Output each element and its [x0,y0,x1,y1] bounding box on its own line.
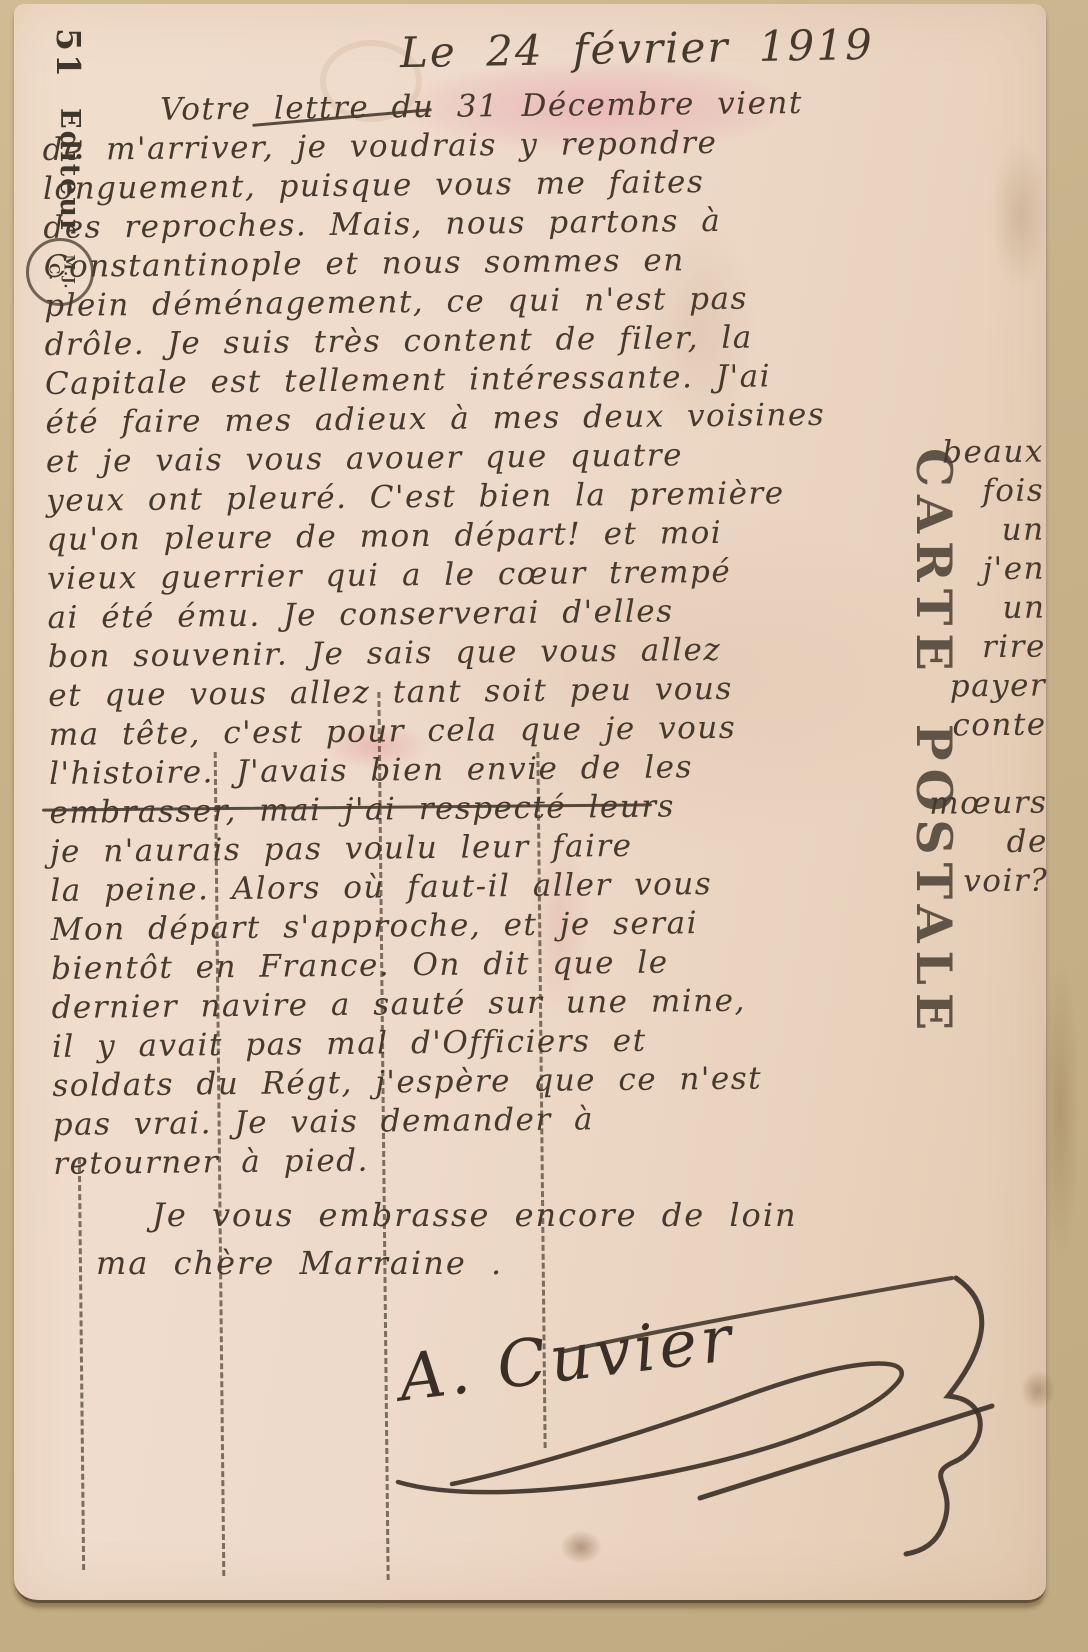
publisher-number: 51 [49,28,88,80]
letter-line-text: été faire mes adieux à mes deux voisines [45,396,825,443]
letter-line-right-fragment: rire [982,627,1050,667]
letter-line-text: l'histoire. J'avais bien envie de les [49,748,693,794]
postcard-back: 51 Editeur M.J. C. CARTE POSTALE Le 24 f… [0,0,1088,1652]
letter-line-right-fragment: beaux [942,432,1048,472]
letter-line-right-fragment: fois [982,471,1048,511]
letter-line-right-fragment: voir? [963,861,1052,901]
letter-line-right-fragment: j'en [982,549,1049,589]
letter-line-text: Constantinople et nous sommes en [44,241,685,287]
letter-line-text: embrasser, mai j'ai respecté leurs [49,787,675,833]
letter-line-text: retourner à pied. [53,1142,369,1184]
letter-line-text: pas vrai. Je vais demander à [53,1100,595,1145]
letter-line-right-fragment: conte [952,705,1051,745]
letter-line-text: je n'aurais pas voulu leur faire [50,827,633,872]
letter-line-right-fragment: un [1002,588,1049,627]
date-line: Le 24 février 1919 [400,20,874,77]
letter-line-right-fragment: de [1007,822,1053,861]
letter-line-right-fragment: un [1002,510,1049,549]
letter-line-text: Mon départ s'approche, et je serai [51,904,699,950]
letter-line-text: bientôt en France. On dit que le [51,943,669,988]
letter-line-text: soldats du Régt, j'espère que ce n'est [52,1060,762,1106]
letter-line-right-fragment: mœurs [929,783,1052,823]
letter-line-right-fragment: payer [950,666,1051,706]
letter-line-text: il y avait pas mal d'Officiers et [52,1022,647,1067]
letter-line-text: longuement, puisque vous me faites [43,163,705,209]
closing-line: Je vous embrasse encore de loin [152,1196,798,1234]
letter-line-text: Votre lettre du 31 Décembre vient [160,84,803,130]
closing-line: ma chère Marraine . [96,1244,503,1282]
letter-line-text: ai été ému. Je conserverai d'elles [47,592,673,638]
letter-line-text: et je vais vous avouer que quatre [46,436,683,482]
letter-body: Votre lettre du 31 Décembre vient de m'a… [42,82,1055,1184]
